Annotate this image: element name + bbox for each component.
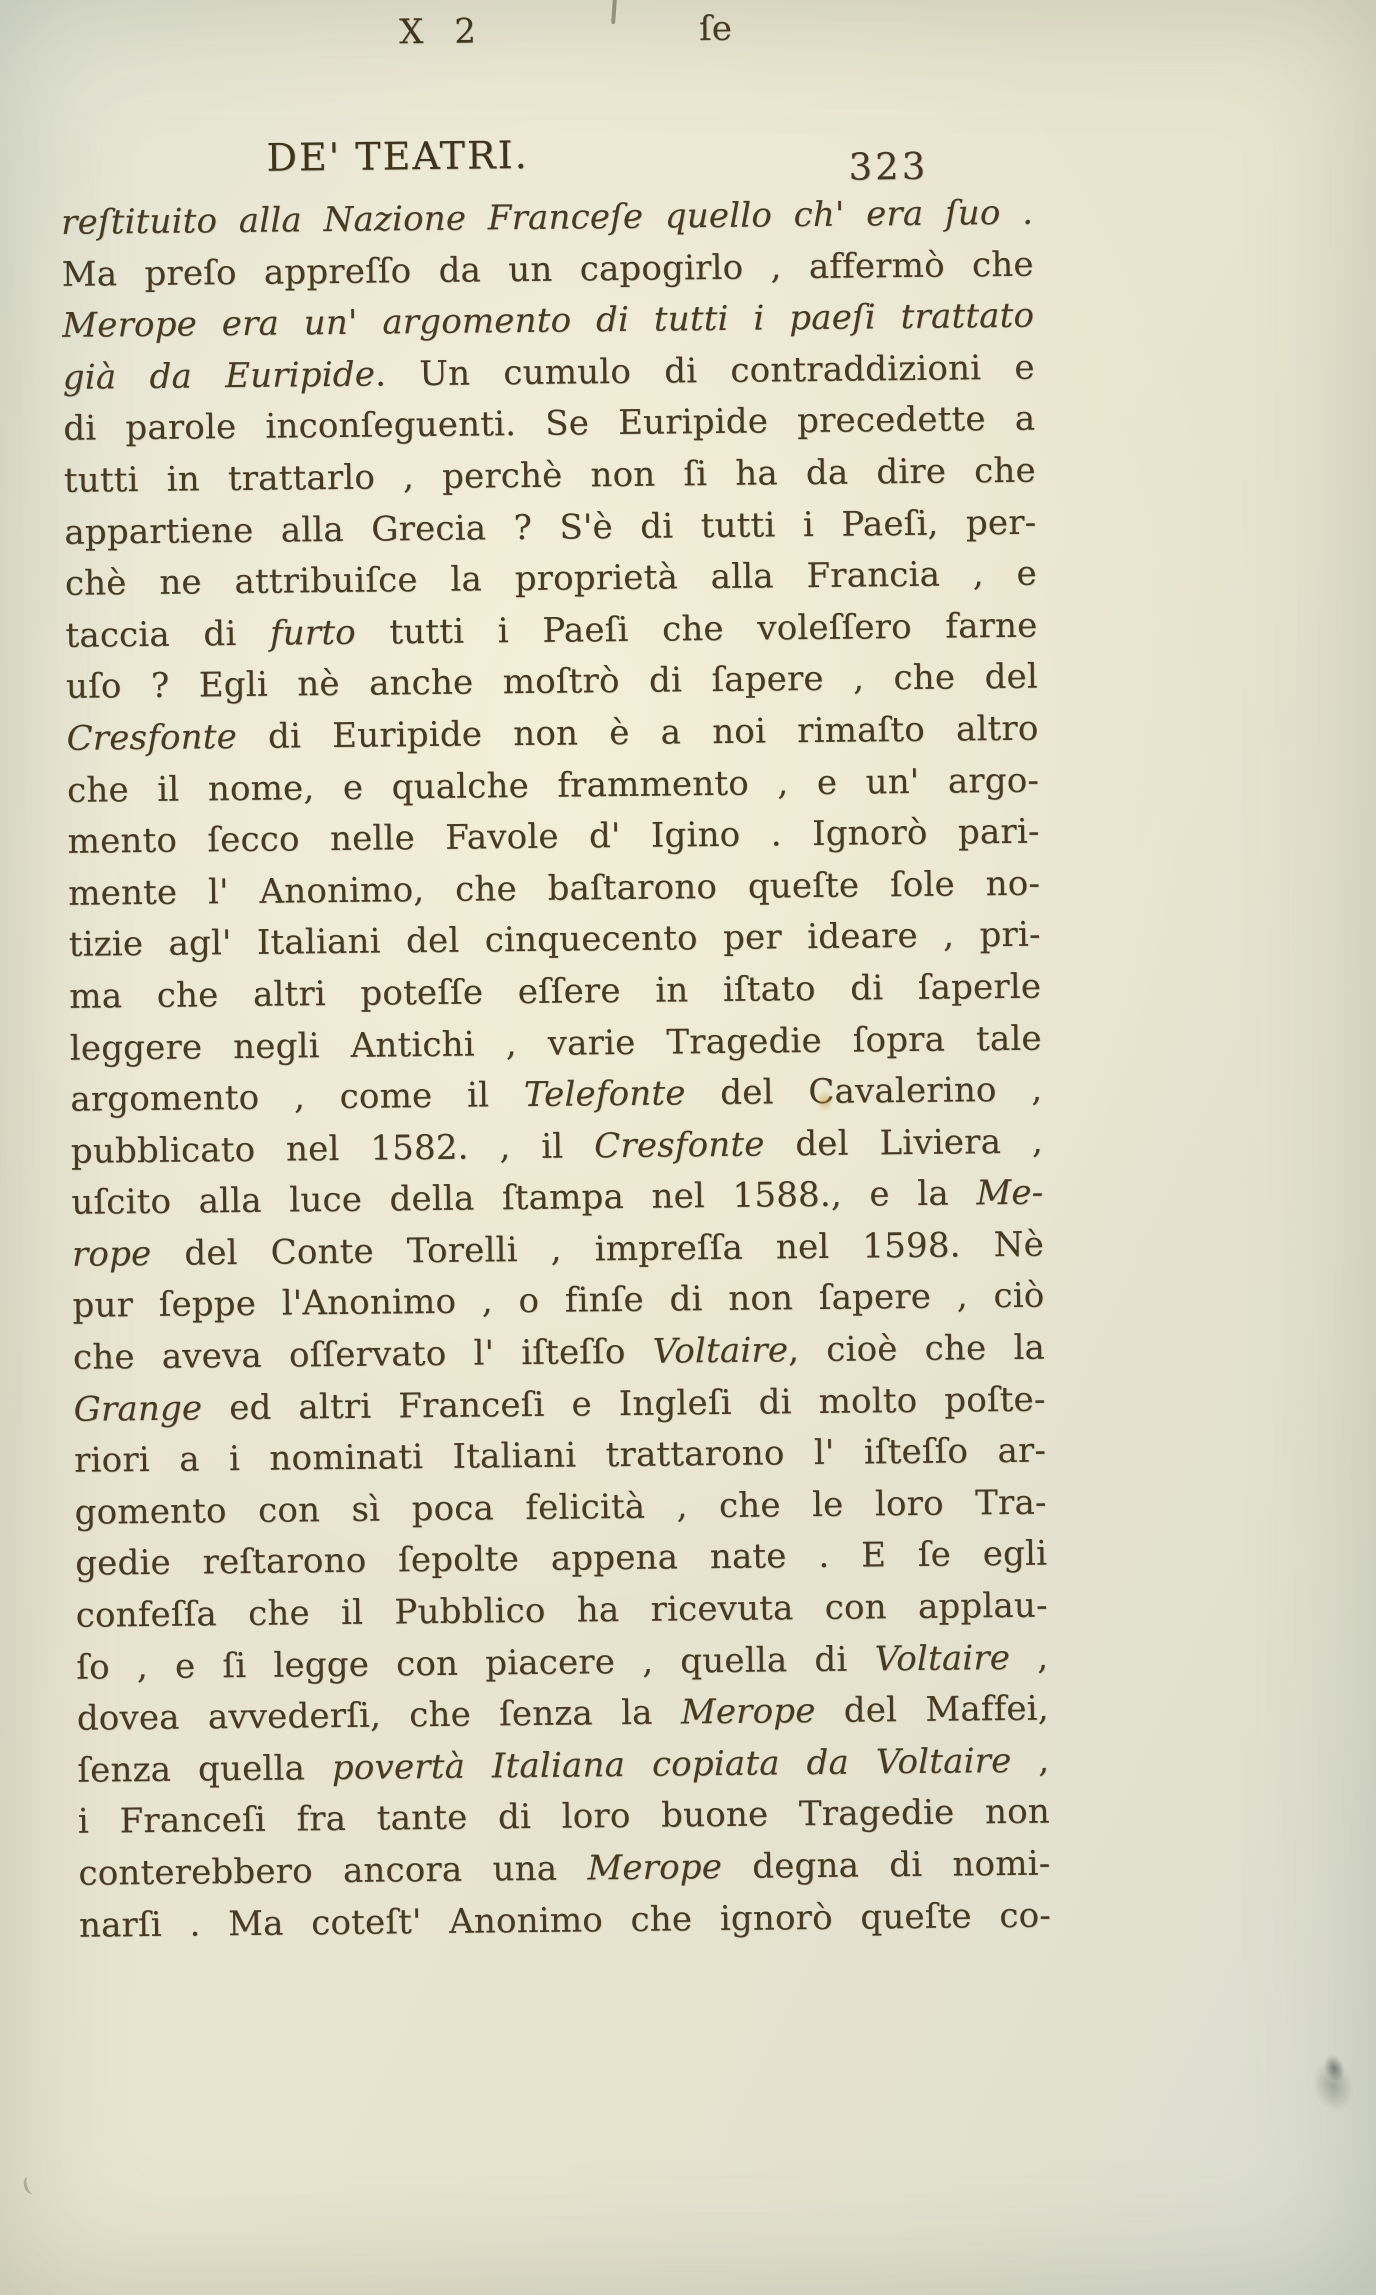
- text-segment: ma che altri poteſſe eſſere in iſtato di…: [69, 967, 1041, 1017]
- text-segment: conterebbero ancora una: [78, 1848, 587, 1893]
- text-segment: riori a i nominati Italiani trattarono l…: [74, 1431, 1046, 1481]
- text-line: ma che altri poteſſe eſſere in iſtato di…: [69, 962, 1041, 1024]
- catchword: ſe: [699, 9, 732, 49]
- text-segment: Me-: [976, 1173, 1043, 1214]
- text-line: narſi . Ma coteſt' Anonimo che ignorò qu…: [79, 1890, 1051, 1952]
- text-segment: chè ne attribuiſce la proprietà alla Fra…: [65, 554, 1037, 604]
- text-segment: Cresfonte: [66, 717, 237, 759]
- body-text: reſtituito alla Nazione Franceſe quello …: [61, 188, 1051, 1952]
- text-segment: uſcito alla luce della ſtampa nel 1588.,…: [71, 1174, 976, 1223]
- text-segment: Ma preſo appreſſo da un capogirlo , affe…: [62, 244, 1034, 294]
- text-segment: tizie agl' Italiani del cinquecento per …: [69, 915, 1041, 965]
- page-content: DE' TEATRI. 323 reſtituito alla Nazione …: [0, 0, 1376, 2295]
- text-segment: tutti i Paeſi che voleſſero farne: [356, 605, 1038, 652]
- text-segment: ſenza quella: [77, 1748, 332, 1791]
- text-segment: narſi . Ma coteſt' Anonimo che ignorò qu…: [79, 1895, 1051, 1945]
- text-segment: degna di nomi-: [722, 1844, 1051, 1887]
- signature-mark: X 2: [399, 12, 476, 53]
- text-segment: dovea avvederſi, che ſenza la: [77, 1693, 681, 1739]
- text-segment: Merope era un' argomento di tutti i paeſ…: [62, 296, 1034, 346]
- running-title: DE' TEATRI.: [266, 133, 529, 180]
- text-segment: di Euripide non è a noi rimaſto altro: [237, 709, 1039, 757]
- text-segment: già da Euripide: [63, 354, 376, 397]
- text-segment: del Maffei,: [815, 1689, 1049, 1731]
- text-segment: Grange: [73, 1388, 202, 1429]
- text-segment: Voltaire: [652, 1330, 788, 1371]
- text-segment: tutti in trattarlo , perchè non ſi ha da…: [64, 451, 1036, 501]
- text-segment: Telefonte: [524, 1073, 686, 1115]
- text-segment: gomento con sì poca felicità , che le lo…: [74, 1482, 1046, 1532]
- text-segment: mente l' Anonimo, che baſtarono queſte ſ…: [68, 863, 1040, 913]
- text-segment: uſo ? Egli nè anche moſtrò di ſapere , c…: [66, 657, 1038, 707]
- text-segment: Voltaire: [874, 1638, 1010, 1679]
- text-segment: leggere negli Antichi , varie Tragedie ſ…: [70, 1018, 1042, 1068]
- text-segment: rope: [72, 1234, 152, 1275]
- book-page-scan: DE' TEATRI. 323 reſtituito alla Nazione …: [0, 0, 1376, 2295]
- text-segment: mento ſecco nelle Favole d' Igino . Igno…: [67, 812, 1039, 862]
- text-segment: taccia di: [65, 613, 270, 655]
- text-segment: ſo , e ſi legge con piacere , quella di: [76, 1639, 875, 1687]
- text-segment: di parole inconſeguenti. Se Euripide pre…: [63, 399, 1035, 449]
- text-line: tutti in trattarlo , perchè non ſi ha da…: [64, 446, 1036, 508]
- text-segment: Cresfonte: [594, 1124, 765, 1166]
- text-segment: . Un cumulo di contraddizioni e: [375, 347, 1035, 394]
- text-segment: del Cavalerino ,: [685, 1070, 1042, 1114]
- text-segment: appartiene alla Grecia ? S'è di tutti i …: [64, 502, 1036, 552]
- text-segment: i Franceſi fra tante di loro buone Trage…: [78, 1792, 1050, 1842]
- text-segment: povertà Italiana copiata da Voltaire: [332, 1741, 1012, 1788]
- paper-fleck: [816, 1090, 834, 1112]
- text-segment: Merope: [587, 1847, 722, 1888]
- text-segment: del Conte Torelli , impreſſa nel 1598. N…: [151, 1224, 1044, 1273]
- text-segment: pur ſeppe l'Anonimo , o finſe di non ſap…: [72, 1276, 1044, 1326]
- text-segment: confeſſa che il Pubblico ha ricevuta con…: [76, 1586, 1048, 1636]
- page-number: 323: [848, 145, 928, 189]
- text-segment: , cioè che la: [788, 1328, 1045, 1371]
- text-segment: furto: [270, 613, 356, 654]
- text-segment: ,: [1011, 1740, 1049, 1780]
- text-segment: che aveva oſſervato l' iſteſſo: [73, 1332, 653, 1378]
- text-segment: gedie reſtarono ſepolte appena nate . E …: [75, 1534, 1047, 1584]
- text-segment: ed altri Franceſi e Ingleſi di molto poſ…: [202, 1379, 1046, 1428]
- text-segment: del Liviera ,: [764, 1121, 1043, 1164]
- text-line: Cresfonte di Euripide non è a noi rimaſt…: [66, 704, 1038, 766]
- text-segment: ,: [1010, 1637, 1049, 1677]
- text-segment: argomento , come il: [70, 1075, 524, 1120]
- text-segment: pubblicato nel 1582. , il: [71, 1126, 595, 1171]
- text-segment: Merope: [681, 1691, 816, 1732]
- footer: X 2 ſe: [0, 2, 1373, 68]
- text-segment: che il nome, e qualche frammento , e un'…: [67, 760, 1039, 810]
- text-segment: reſtituito alla Nazione Franceſe quello …: [61, 193, 1033, 243]
- text-line: reſtituito alla Nazione Franceſe quello …: [61, 188, 1033, 250]
